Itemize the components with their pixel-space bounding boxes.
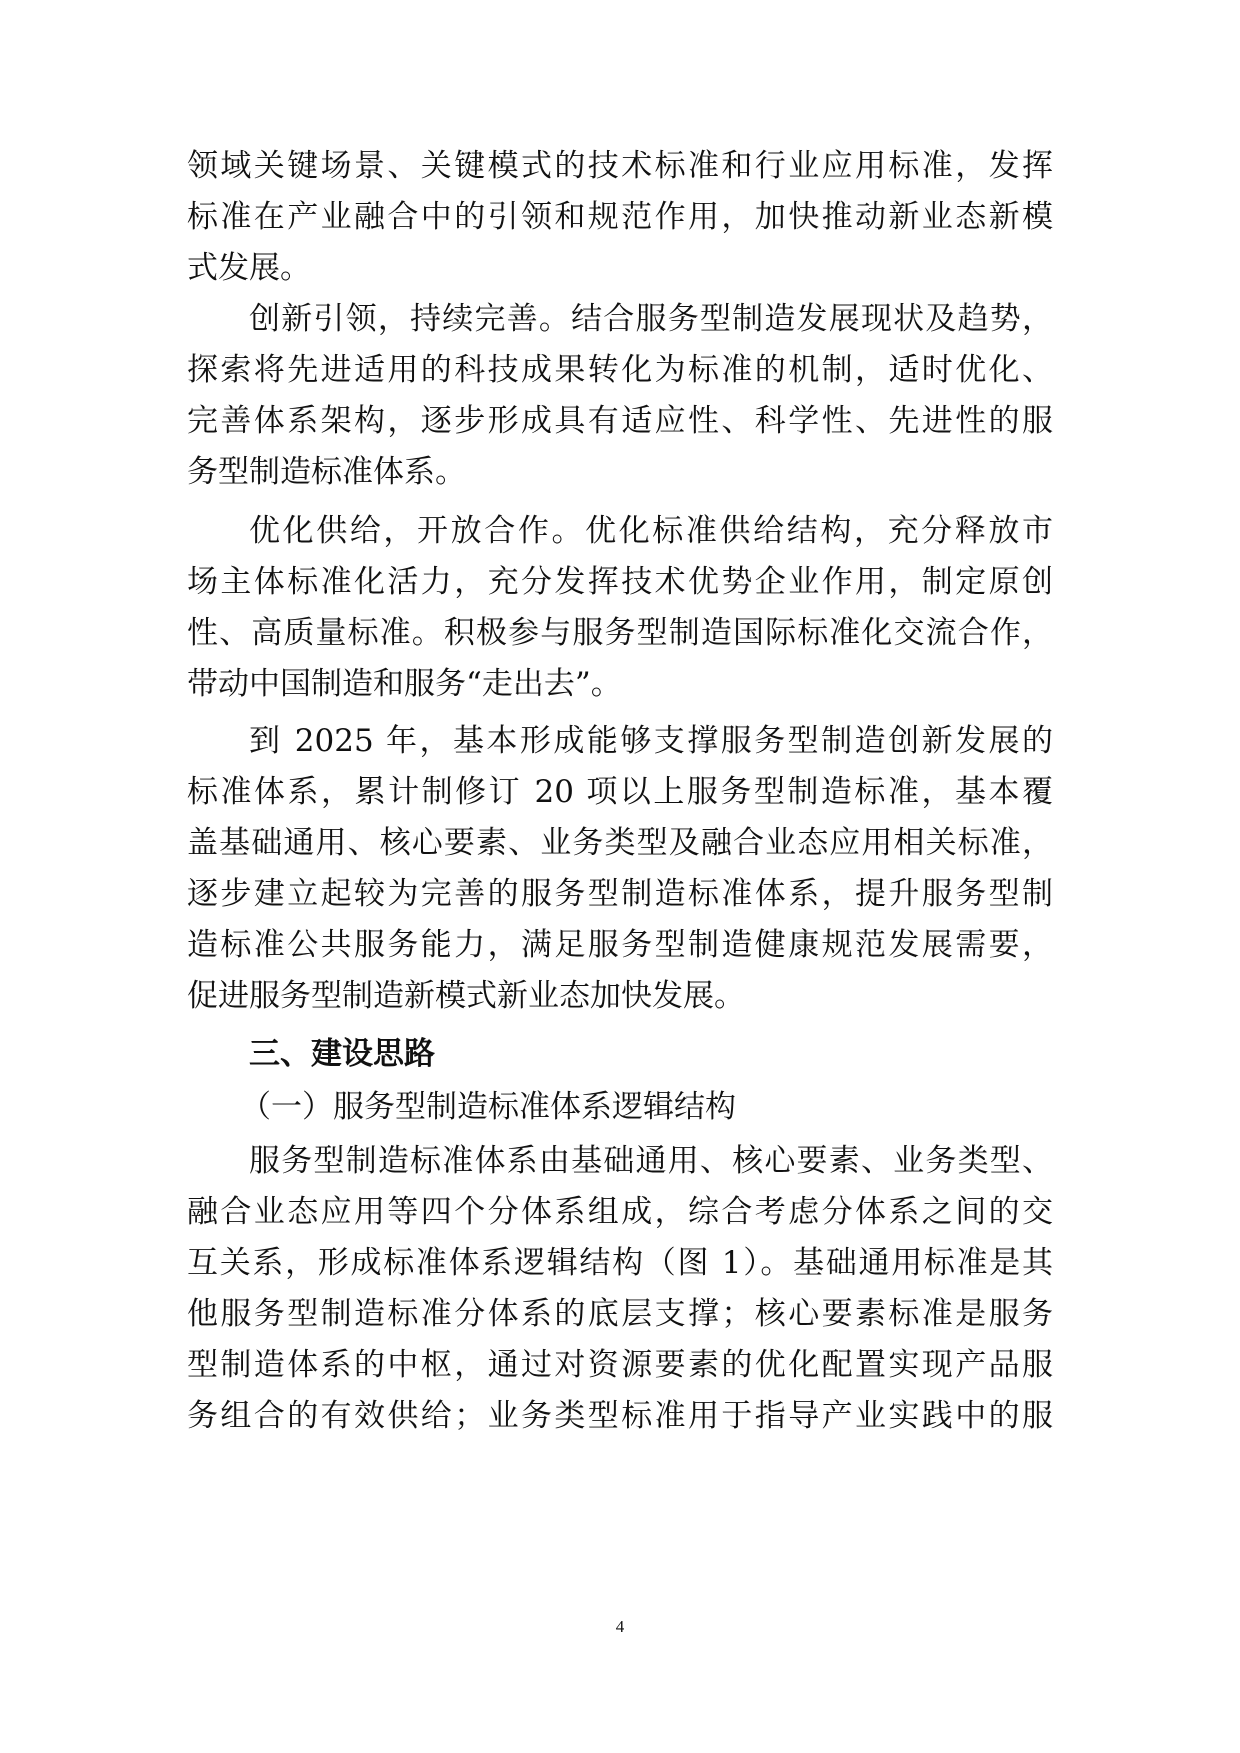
- paragraph-line: 务组合的有效供给；业务类型标准用于指导产业实践中的服: [187, 1391, 1053, 1442]
- paragraph-line: 优化供给，开放合作。优化标准供给结构，充分释放市: [249, 506, 1053, 557]
- paragraph-line: 盖基础通用、核心要素、业务类型及融合业态应用相关标准，: [187, 818, 1053, 869]
- paragraph-line: 场主体标准化活力，充分发挥技术优势企业作用，制定原创: [187, 557, 1053, 608]
- paragraph-line: 促进服务型制造新模式新业态加快发展。: [187, 971, 1053, 1022]
- paragraph-line: 服务型制造标准体系由基础通用、核心要素、业务类型、: [249, 1136, 1053, 1187]
- paragraph-line: 到 2025 年，基本形成能够支撑服务型制造创新发展的: [249, 716, 1053, 767]
- paragraph-line: 完善体系架构，逐步形成具有适应性、科学性、先进性的服: [187, 396, 1053, 447]
- paragraph-line: 领域关键场景、关键模式的技术标准和行业应用标准，发挥: [187, 141, 1053, 192]
- subsection-heading: （一）服务型制造标准体系逻辑结构: [240, 1082, 736, 1133]
- paragraph-line: 带动中国制造和服务“走出去”。: [187, 659, 1053, 710]
- paragraph-line: 互关系，形成标准体系逻辑结构（图 1）。基础通用标准是其: [187, 1238, 1053, 1289]
- paragraph-line: 务型制造标准体系。: [187, 447, 1053, 498]
- paragraph-line: 标准体系，累计制修订 20 项以上服务型制造标准，基本覆: [187, 767, 1053, 818]
- paragraph-line: 造标准公共服务能力，满足服务型制造健康规范发展需要，: [187, 920, 1053, 971]
- document-page: 领域关键场景、关键模式的技术标准和行业应用标准，发挥 标准在产业融合中的引领和规…: [0, 0, 1240, 1753]
- paragraph-line: 型制造体系的中枢，通过对资源要素的优化配置实现产品服: [187, 1340, 1053, 1391]
- paragraph-line: 探索将先进适用的科技成果转化为标准的机制，适时优化、: [187, 345, 1053, 396]
- paragraph-line: 性、高质量标准。积极参与服务型制造国际标准化交流合作，: [187, 608, 1053, 659]
- page-number: 4: [0, 1617, 1240, 1637]
- paragraph-line: 创新引领，持续完善。结合服务型制造发展现状及趋势，: [249, 294, 1053, 345]
- paragraph-line: 逐步建立起较为完善的服务型制造标准体系，提升服务型制: [187, 869, 1053, 920]
- paragraph-line: 式发展。: [187, 243, 1053, 294]
- paragraph-line: 融合业态应用等四个分体系组成，综合考虑分体系之间的交: [187, 1187, 1053, 1238]
- section-heading: 三、建设思路: [249, 1029, 435, 1080]
- paragraph-line: 他服务型制造标准分体系的底层支撑；核心要素标准是服务: [187, 1289, 1053, 1340]
- paragraph-line: 标准在产业融合中的引领和规范作用，加快推动新业态新模: [187, 192, 1053, 243]
